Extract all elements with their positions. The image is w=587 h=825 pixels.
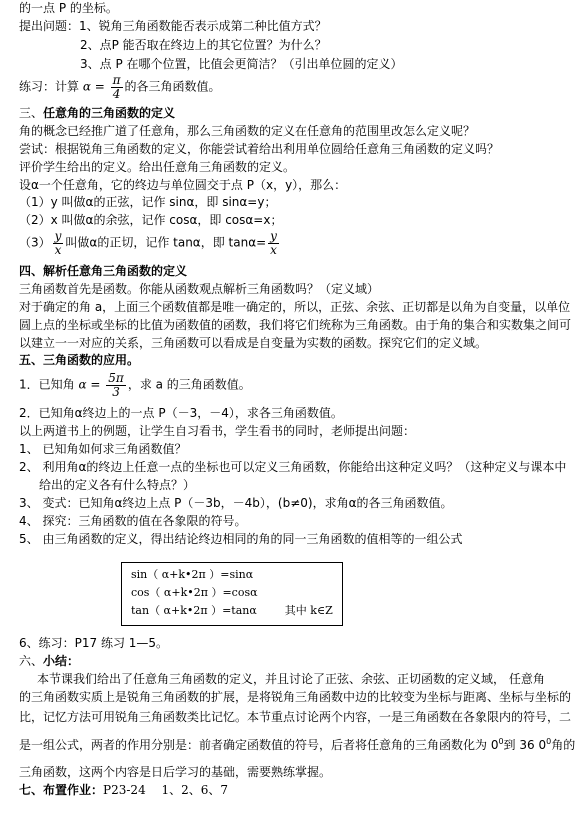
paragraph: 本节课我们给出了任意角三角函数的定义，并且讨论了正弦、余弦、正切函数的定义域， …	[37, 673, 545, 685]
heading-title: 解析任意角三角函数的定义	[43, 264, 187, 278]
paragraph: 以上两道书上的例题，让学生自习看书，学生看书的同时，老师提出问题：	[19, 425, 415, 437]
formula-sin: sin（ α+k•2π ）=sinα	[131, 569, 342, 587]
text: 到 36 0	[504, 738, 547, 752]
text: 是一组公式，两者的作用分别是：前者确定函数值的符号，后者将任意角的三角函数化为 …	[19, 738, 498, 752]
fraction-y-over-x: y x	[53, 230, 64, 256]
text-line: 的一点 P 的坐标。	[19, 2, 118, 14]
fraction-pi-over-4: π 4	[111, 74, 123, 100]
definition-tangent: （3） y x 叫做α的正切，记作 tanα，即 tanα= y x	[19, 230, 281, 256]
numerator: y	[53, 230, 64, 244]
heading-title: 任意角的三角函数的定义	[43, 106, 175, 120]
example-1: 1．已知角 α = 5π 3 ，求 a 的三角函数值。	[19, 372, 251, 398]
heading-number: 七、	[19, 783, 43, 797]
exercise-1: 练习：计算 α = π 4 的各三角函数值。	[19, 74, 221, 100]
exercise-suffix: 的各三角函数值。	[125, 80, 221, 94]
questions-prefix-line: 提出问题：1、锐角三角函数能否表示成第二种比值方式？	[19, 20, 327, 32]
section-4-heading: 四、解析任意角三角函数的定义	[19, 265, 187, 277]
heading-number: 五、	[19, 353, 43, 367]
numerator: y	[268, 230, 279, 244]
paragraph: 对于确定的角 a，上面三个函数值都是唯一确定的，所以，正弦、余弦、正切都是以角为…	[19, 301, 570, 313]
list-item: 4、 探究：三角函数的值在各象限的符号。	[19, 515, 246, 527]
example-2: 2．已知角α终边上的一点 P（－3，－4），求各三角函数值。	[19, 407, 343, 419]
paragraph: 三角函数首先是函数。你能从函数观点解析三角函数吗？（定义域）	[19, 283, 379, 295]
alpha-equals: α =	[83, 80, 105, 94]
paragraph: 三角函数，这两个内容是日后学习的基础，需要熟练掌握。	[19, 766, 331, 778]
question-3: 3、点 P 在哪个位置，比值会更简洁？（引出单位圆的定义）	[80, 58, 403, 70]
heading-title: 三角函数的应用。	[43, 353, 139, 367]
questions-prefix: 提出问题：	[19, 19, 79, 33]
fraction-y-over-x: y x	[268, 230, 279, 256]
paragraph: 圆上点的坐标或坐标的比值为函数值的函数，我们将它们统称为三角函数。由于角的集合和…	[19, 319, 571, 331]
numerator: π	[111, 74, 123, 88]
def-middle: 叫做α的正切，记作 tanα，即 tanα=	[65, 236, 266, 250]
formula-cos: cos（ α+k•2π ）=cosα	[131, 587, 342, 605]
exercise-prefix: 练习：计算	[19, 80, 79, 94]
question-2: 2、点P 能否取在终边上的其它位置？为什么？	[80, 39, 327, 51]
denominator: x	[268, 244, 279, 257]
paragraph: 角的概念已经推广道了任意角，那么三角函数的定义在任意角的范围里改怎么定义呢？	[19, 125, 475, 137]
section-3-heading: 三、任意角的三角函数的定义	[19, 107, 175, 119]
formula-tan-row: tan（ α+k•2π ）=tanα其中 k∈Z	[131, 605, 342, 623]
formula-box: sin（ α+k•2π ）=sinα cos（ α+k•2π ）=cosα ta…	[121, 562, 343, 626]
paragraph: 尝试：根据锐角三角函数的定义，你能尝试着给出利用单位圆给任意角三角函数的定义吗？	[19, 143, 499, 155]
paragraph: 评价学生给出的定义。给出任意角三角函数的定义。	[19, 161, 295, 173]
heading-title: 小结：	[43, 654, 79, 668]
heading-number: 三、	[19, 106, 43, 120]
example-prefix: 1．已知角	[19, 378, 75, 392]
paragraph: 以建立一一对应的关系，三角函数可以看成是自变量为实数的函数。探究它们的定义域。	[19, 337, 487, 349]
example-suffix: ，求 a 的三角函数值。	[128, 378, 251, 392]
question-1: 1、锐角三角函数能否表示成第二种比值方式？	[79, 19, 327, 33]
numerator: 5π	[106, 372, 126, 386]
list-item: 2、 利用角α的终边上任意一点的坐标也可以定义三角函数，你能给出这种定义吗？（这…	[19, 461, 566, 473]
list-item: 3、 变式：已知角α终边上点 P（－3b，－4b），(b≠0)，求角α的各三角函…	[19, 497, 453, 509]
alpha-equals: α =	[78, 378, 100, 392]
list-item: 5、 由三角函数的定义，得出结论终边相同的角的同一三角函数的值相等的一组公式	[19, 533, 462, 545]
list-item: 6、练习：P17 练习 1—5。	[19, 637, 168, 649]
paragraph: 设α一个任意角，它的终边与单位圆交于点 P（x，y），那么：	[19, 179, 346, 191]
fraction-5pi-over-3: 5π 3	[106, 372, 126, 398]
section-7-heading: 七、布置作业：P23-24 1、2、6、7	[19, 784, 228, 796]
section-6-heading: 六、小结：	[19, 655, 79, 667]
paragraph: 比，记忆方法可用锐角三角函数类比记忆。本节重点讨论两个内容，一是三角函数在各象限…	[19, 711, 571, 723]
section-5-heading: 五、三角函数的应用。	[19, 354, 139, 366]
definition-cosine: （2）x 叫做α的余弦，记作 cosα，即 cosα=x；	[19, 214, 282, 226]
definition-sine: （1）y 叫做α的正弦，记作 sinα，即 sinα=y；	[19, 196, 276, 208]
text: 角的	[551, 738, 575, 752]
heading-number: 四、	[19, 264, 43, 278]
def-prefix: （3）	[19, 236, 51, 250]
heading-title: 布置作业：	[43, 783, 103, 797]
heading-number: 六、	[19, 654, 43, 668]
denominator: 3	[106, 386, 126, 399]
formula-tan: tan（ α+k•2π ）=tanα	[131, 604, 257, 617]
list-item: 1、 已知角如何求三角函数值？	[19, 443, 186, 455]
denominator: x	[53, 244, 64, 257]
formula-condition: 其中 k∈Z	[285, 604, 333, 617]
paragraph: 是一组公式，两者的作用分别是：前者确定函数值的符号，后者将任意角的三角函数化为 …	[19, 739, 575, 751]
denominator: 4	[111, 88, 123, 101]
list-item-continuation: 给出的定义各有什么特点？）	[39, 479, 195, 491]
homework-content: P23-24 1、2、6、7	[103, 783, 228, 797]
paragraph: 的三角函数实质上是锐角三角函数的扩展，是将锐角三角函数中边的比较变为坐标与距离、…	[19, 691, 571, 703]
